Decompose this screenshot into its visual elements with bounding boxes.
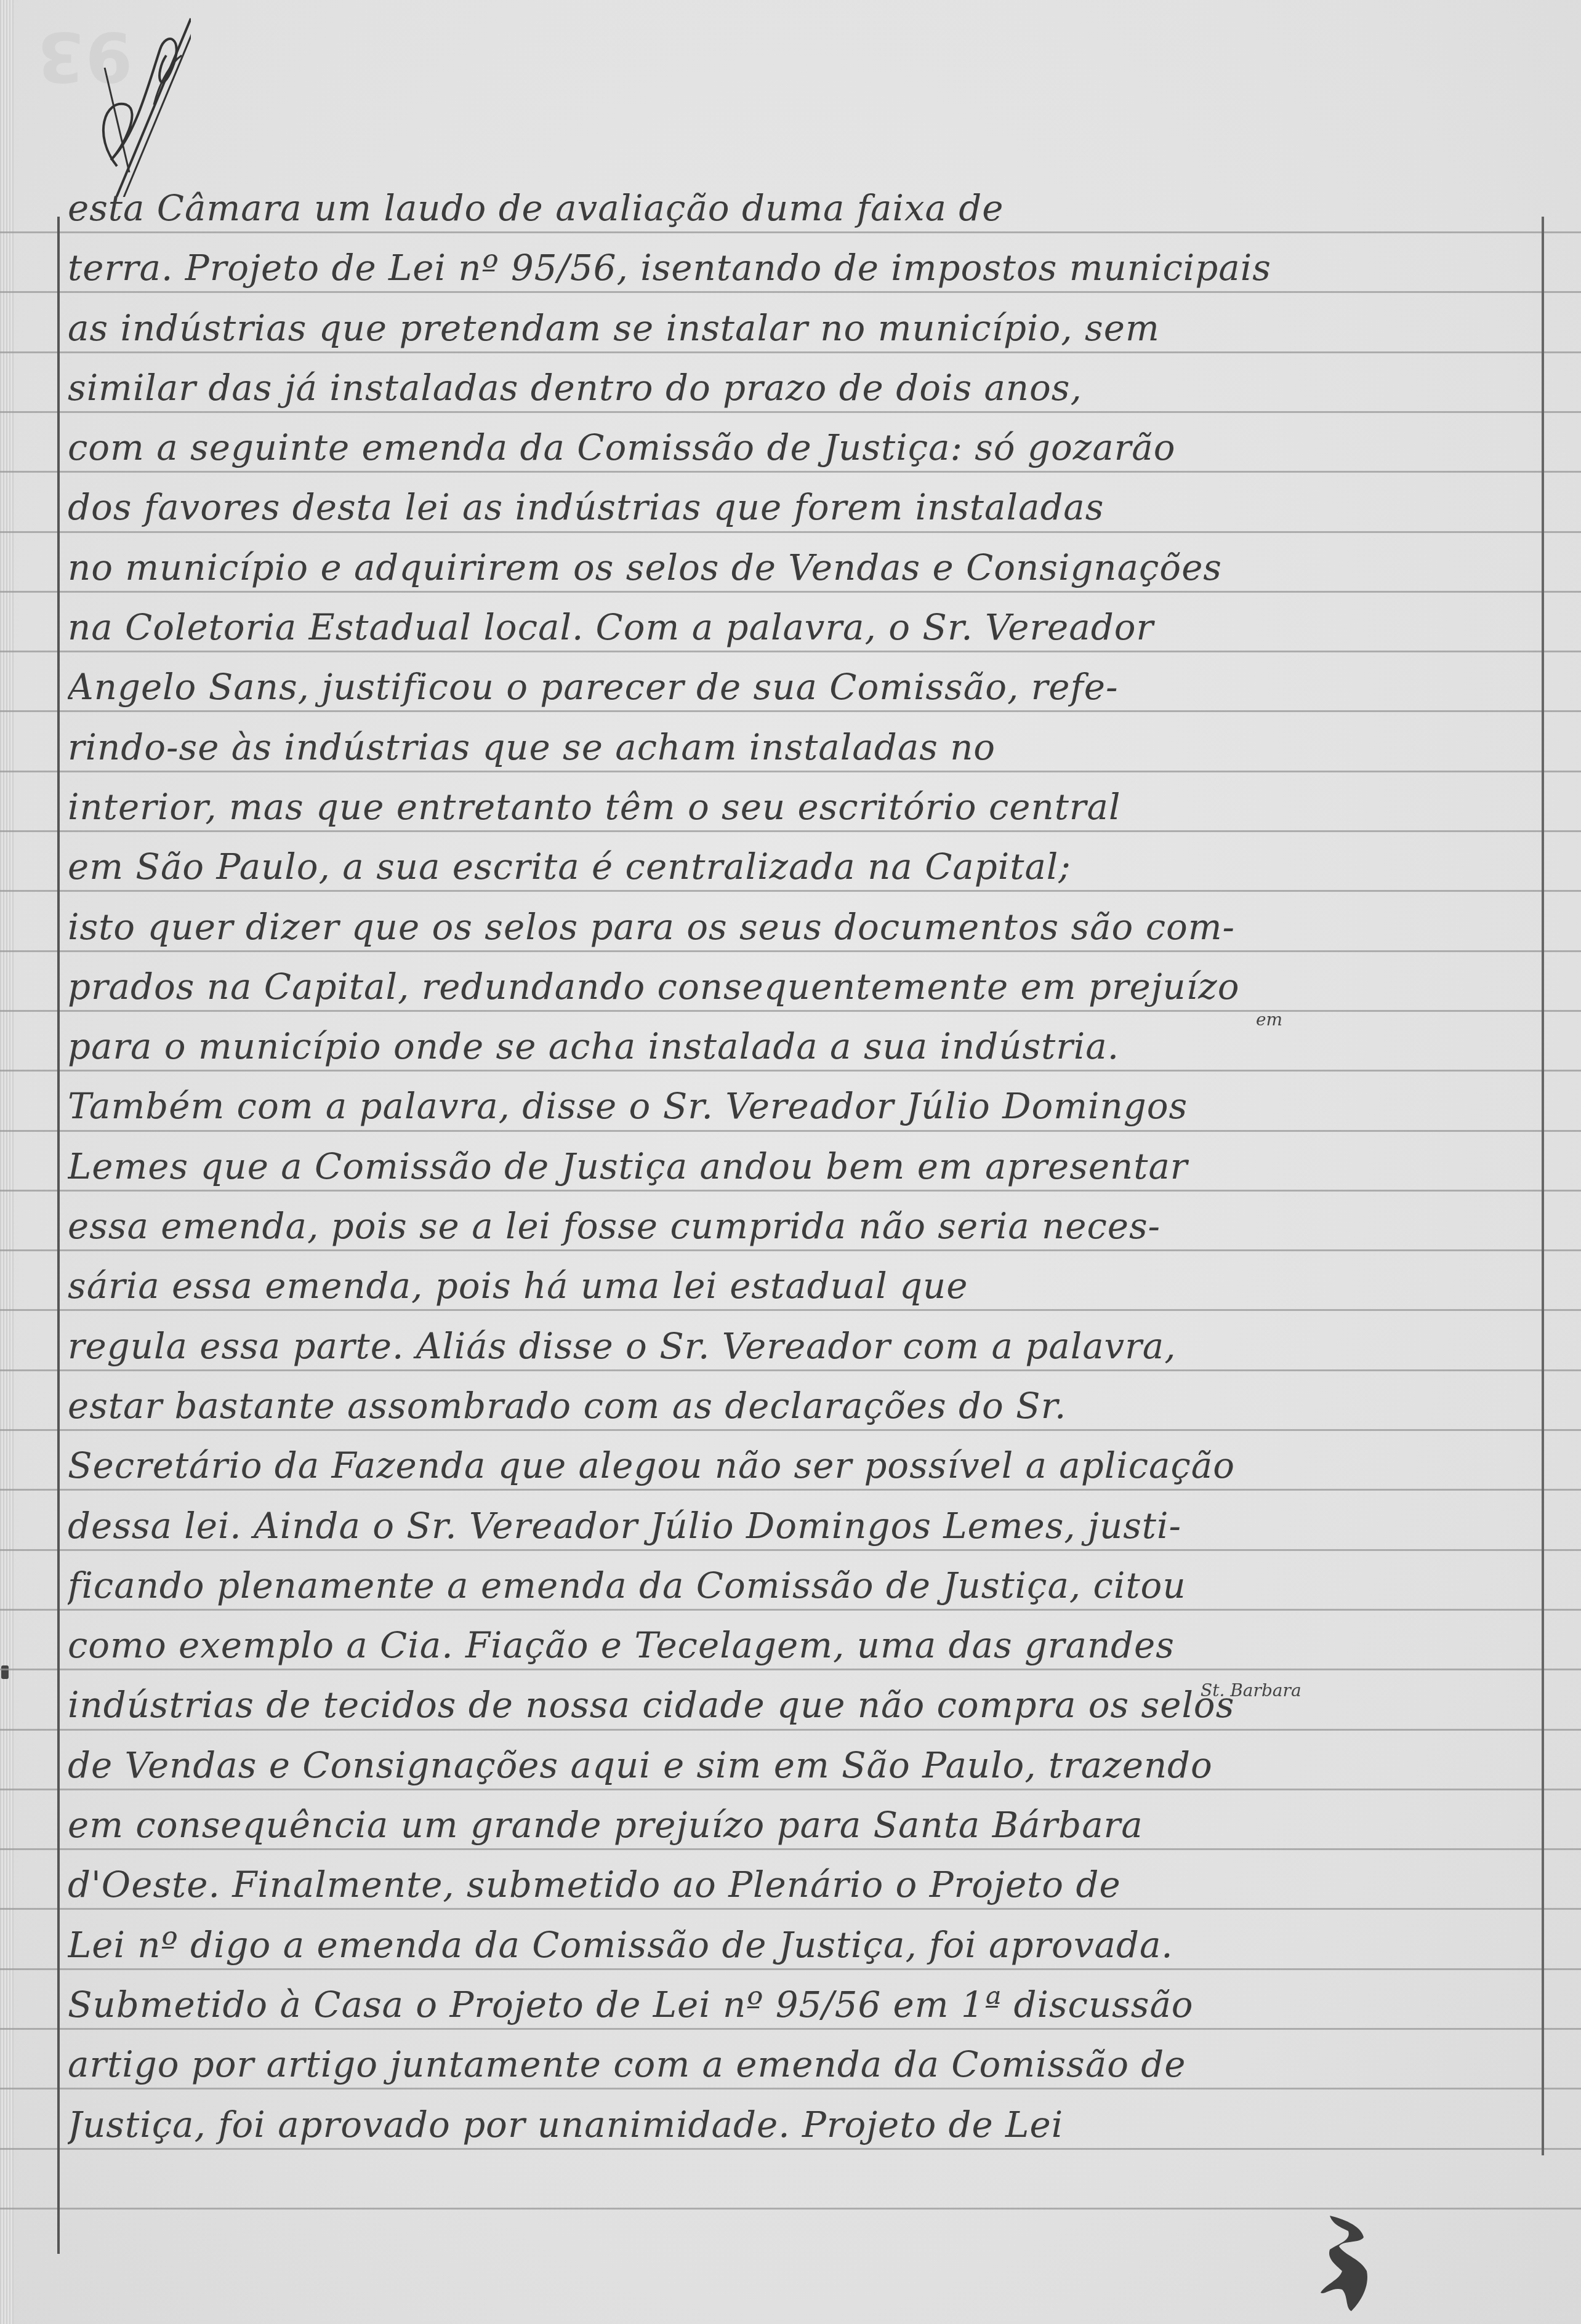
rubric-signature-icon: [68, 12, 191, 197]
binding-edge: [0, 0, 14, 2324]
text-line: Submetido à Casa o Projeto de Lei nº 95/…: [68, 1975, 1533, 2035]
text-line: para o município onde se acha instalada …: [68, 1017, 1533, 1076]
text-line: indústrias de tecidos de nossa cidade qu…: [68, 1675, 1533, 1735]
text-line: regula essa parte. Aliás disse o Sr. Ver…: [68, 1316, 1533, 1376]
text-line: com a seguinte emenda da Comissão de Jus…: [68, 418, 1533, 478]
text-line: rindo-se às indústrias que se acham inst…: [68, 718, 1533, 777]
text-line: em consequência um grande prejuízo para …: [68, 1795, 1533, 1855]
text-line: essa emenda, pois se a lei fosse cumprid…: [68, 1196, 1533, 1256]
interlinear-insertion: em: [1256, 1009, 1282, 1030]
text-line: isto quer dizer que os selos para os seu…: [68, 897, 1533, 957]
text-line: estar bastante assombrado com as declara…: [68, 1376, 1533, 1436]
ledger-page: 93 esta Câmara um laudo de avaliação dum…: [0, 0, 1581, 2324]
text-line: no município e adquirirem os selos de Ve…: [68, 538, 1533, 598]
text-line: Angelo Sans, justificou o parecer de sua…: [68, 657, 1533, 717]
left-margin-line: [57, 217, 60, 2254]
text-line: Também com a palavra, disse o Sr. Veread…: [68, 1076, 1533, 1136]
interlinear-insertion: St. Barbara: [1201, 1680, 1301, 1701]
text-line: esta Câmara um laudo de avaliação duma f…: [68, 178, 1533, 238]
text-line: de Vendas e Consignações aqui e sim em S…: [68, 1736, 1533, 1795]
text-line: Lei nº digo a emenda da Comissão de Just…: [68, 1915, 1533, 1975]
text-line: Lemes que a Comissão de Justiça andou be…: [68, 1137, 1533, 1196]
text-line: sária essa emenda, pois há uma lei estad…: [68, 1256, 1533, 1316]
text-line: na Coletoria Estadual local. Com a palav…: [68, 598, 1533, 657]
text-line: dessa lei. Ainda o Sr. Vereador Júlio Do…: [68, 1496, 1533, 1556]
text-line: em São Paulo, a sua escrita é centraliza…: [68, 837, 1533, 897]
handwritten-text: esta Câmara um laudo de avaliação duma f…: [68, 178, 1539, 2155]
text-line: dos favores desta lei as indústrias que …: [68, 478, 1533, 537]
text-line: ficando plenamente a emenda da Comissão …: [68, 1556, 1533, 1616]
right-margin-line: [1542, 217, 1544, 2155]
margin-ink-mark: [1, 1665, 9, 1679]
text-line: Secretário da Fazenda que alegou não ser…: [68, 1436, 1533, 1496]
ink-blot-icon: [1317, 2210, 1391, 2314]
text-line: prados na Capital, redundando consequent…: [68, 957, 1533, 1017]
text-line: similar das já instaladas dentro do praz…: [68, 358, 1533, 418]
text-line: interior, mas que entretanto têm o seu e…: [68, 777, 1533, 837]
text-line: terra. Projeto de Lei nº 95/56, isentand…: [68, 238, 1533, 298]
text-line: artigo por artigo juntamente com a emend…: [68, 2035, 1533, 2094]
text-line: as indústrias que pretendam se instalar …: [68, 299, 1533, 358]
text-line: Justiça, foi aprovado por unanimidade. P…: [68, 2095, 1533, 2155]
text-line: como exemplo a Cia. Fiação e Tecelagem, …: [68, 1616, 1533, 1675]
text-line: d'Oeste. Finalmente, submetido ao Plenár…: [68, 1855, 1533, 1915]
